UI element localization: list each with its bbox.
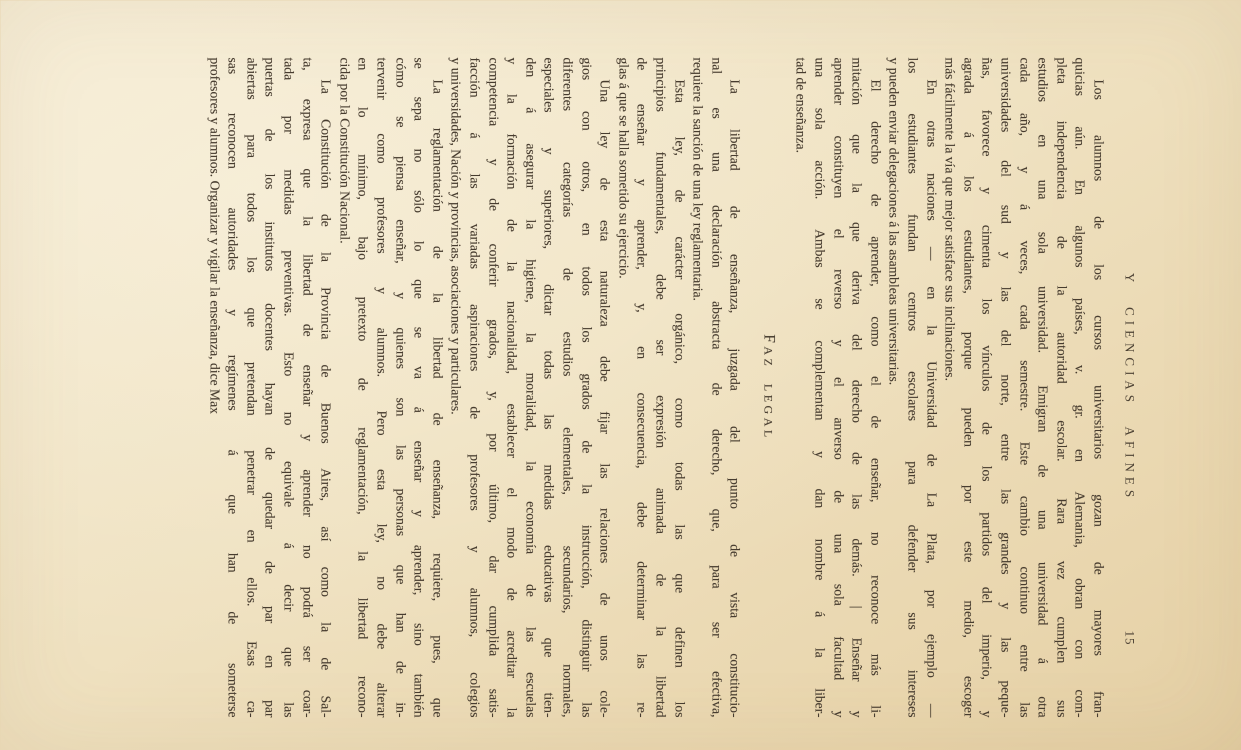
text-line: agrada á los estudiantes, porque pueden … [958, 57, 977, 717]
running-header: Y CIENCIAS AFINES 15 [1115, 57, 1137, 717]
page-body: Los alumnos de los cursos universitarios… [204, 57, 1107, 717]
text-line: competencia y de conferir grados, y, por… [483, 57, 502, 717]
text-line: facción á las variadas aspiraciones de p… [464, 57, 483, 717]
text-line: En otras naciones — en la Universidad de… [921, 57, 940, 717]
text-line: en lo mínimo, bajo pretexto de reglament… [353, 57, 372, 717]
text-line: tad de enseñanza. [791, 57, 810, 717]
scanned-page-viewport: Y CIENCIAS AFINES 15 Los alumnos de los … [0, 0, 1241, 750]
text-line: Una ley de esta naturaleza debe fijar la… [595, 57, 614, 717]
text-line: glas á que se halla sometido su ejercici… [613, 57, 632, 717]
book-page: Y CIENCIAS AFINES 15 Los alumnos de los … [0, 0, 1241, 750]
text-line: profesores y alumnos. Organizar y vigila… [204, 57, 223, 717]
text-line: abiertas para todos los que pretendan pe… [241, 57, 260, 717]
paragraph: Esta ley, de carácter orgánico, como tod… [613, 57, 687, 717]
text-line: mitación que la que deriva del derecho d… [847, 57, 866, 717]
text-line: Los alumnos de los cursos universitarios… [1088, 57, 1107, 717]
text-line: cada año, y á veces, cada semestre. Este… [1014, 57, 1033, 717]
text-line: diferentes categorías de estudios elemen… [557, 57, 576, 717]
running-header-title: Y CIENCIAS AFINES [1122, 272, 1137, 501]
text-line: especiales y superiores, dictar todas la… [539, 57, 558, 717]
text-line: nal es una declaración abstracta de dere… [706, 57, 725, 717]
text-line: los estudiantes fundan centros escolares… [902, 57, 921, 717]
text-line: más fácilmente la vía que mejor satisfac… [940, 57, 959, 717]
text-line: se sepa no sólo lo que se va á enseñar y… [409, 57, 428, 717]
text-line: La reglamentación de la libertad de ense… [427, 57, 446, 717]
paragraph: Una ley de esta naturaleza debe fijar la… [446, 57, 613, 717]
text-line: tervenir como profesores y alumnos. Pero… [371, 57, 390, 717]
text-line: ñas, favorece y cimenta los vínculos de … [977, 57, 996, 717]
text-line: requiere la sanción de una ley reglament… [688, 57, 707, 717]
text-line: universidades del sud y las del norte, e… [995, 57, 1014, 717]
text-line: y la formación de la nacionalidad, estab… [502, 57, 521, 717]
text-line: La Constitución de la Provincia de Bueno… [316, 57, 335, 717]
text-line: La libertad de enseñanza, juzgada del pu… [725, 57, 744, 717]
text-line: quicias aún. En algunos países, v. gr. e… [1070, 57, 1089, 717]
text-line: aprender constituyen el reverso y el anv… [828, 57, 847, 717]
section-heading: FAZ LEGAL [758, 57, 777, 717]
text-line: cida por la Constitución Nacional. [334, 57, 353, 717]
paragraph: La libertad de enseñanza, juzgada del pu… [688, 57, 744, 717]
text-line: de enseñar y aprender, y, en consecuenci… [632, 57, 651, 717]
paragraph: Los alumnos de los cursos universitarios… [940, 57, 1107, 717]
text-line: una sola acción. Ambas se complementan y… [810, 57, 829, 717]
text-line: y universidades, Nación y provincias, as… [446, 57, 465, 717]
text-line: sas reconocen autoridades y regímenes á … [223, 57, 242, 717]
text-line: El derecho de aprender, como el de enseñ… [865, 57, 884, 717]
text-line: pleta independencia de la autoridad esco… [1051, 57, 1070, 717]
text-line: principios fundamentales, debe ser expre… [650, 57, 669, 717]
text-line: den á asegurar la higiene, la moralidad,… [520, 57, 539, 717]
text-line: ta, expresa que la libertad de enseñar y… [297, 57, 316, 717]
paragraph: El derecho de aprender, como el de enseñ… [791, 57, 884, 717]
text-line: puertas de los institutos docentes hayan… [260, 57, 279, 717]
text-line: estudios en una sola universidad. Emigra… [1033, 57, 1052, 717]
text-line: tada por medidas preventivas. Esto no eq… [278, 57, 297, 717]
paragraph: En otras naciones — en la Universidad de… [884, 57, 940, 717]
text-line: y pueden enviar delegaciones á las asamb… [884, 57, 903, 717]
text-line: Esta ley, de carácter orgánico, como tod… [669, 57, 688, 717]
paragraph: La Constitución de la Provincia de Bueno… [204, 57, 334, 717]
paragraph: La reglamentación de la libertad de ense… [334, 57, 446, 717]
text-line: cómo se piensa enseñar, y quienes son la… [390, 57, 409, 717]
page-number: 15 [1121, 630, 1137, 645]
text-line: gios con otros, en todos los grados de l… [576, 57, 595, 717]
